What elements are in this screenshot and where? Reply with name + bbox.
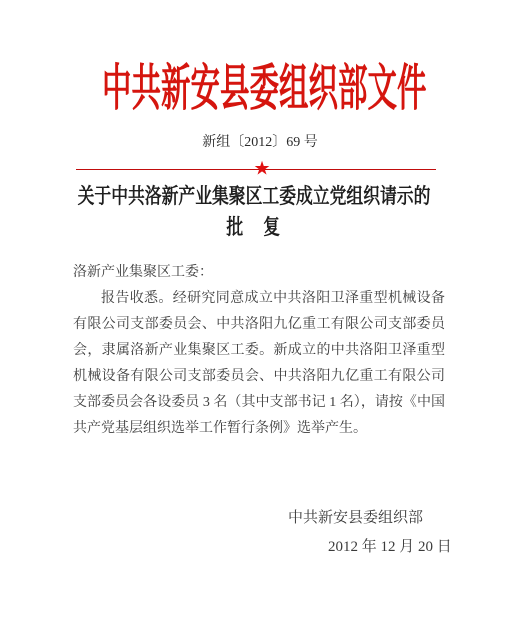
star-icon: ★ xyxy=(253,160,270,179)
document-title: 关于中共洛新产业集聚区工委成立党组织请示的 批 复 xyxy=(0,184,508,239)
salutation: 洛新产业集聚区工委： xyxy=(73,260,445,286)
document-body: 洛新产业集聚区工委： 报告收悉。经研究同意成立中共洛阳卫泽重型机械设备有限公司支… xyxy=(73,260,445,442)
issuing-authority-signature: 中共新安县委组织部 xyxy=(288,508,423,528)
body-paragraph: 报告收悉。经研究同意成立中共洛阳卫泽重型机械设备有限公司支部委员会、中共洛阳九亿… xyxy=(73,286,445,442)
document-title-line1: 关于中共洛新产业集聚区工委成立党组织请示的 xyxy=(51,184,457,208)
document-title-line2: 批 复 xyxy=(51,215,457,239)
document-date: 2012 年 12 月 20 日 xyxy=(328,537,452,557)
document-number: 新组〔2012〕69 号 xyxy=(0,134,508,152)
official-document-page: 中共新安县委组织部文件 新组〔2012〕69 号 ★ 关于中共洛新产业集聚区工委… xyxy=(0,0,508,631)
document-red-header: 中共新安县委组织部文件 xyxy=(102,61,427,115)
red-divider-line: ★ xyxy=(76,169,436,170)
